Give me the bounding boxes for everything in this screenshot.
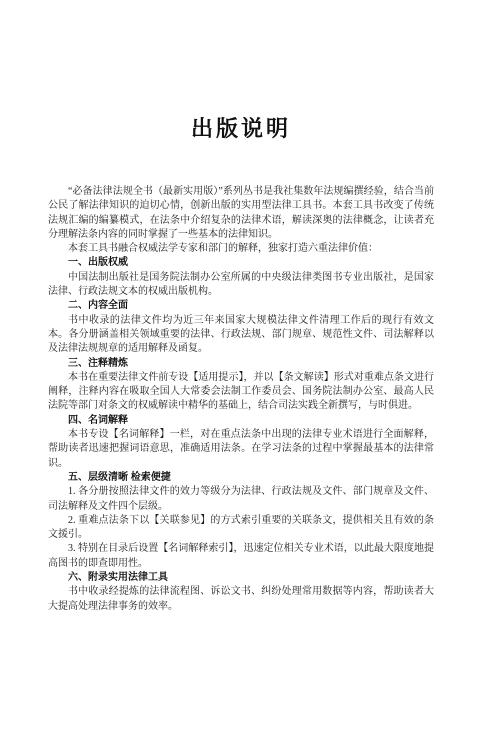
section-heading-5: 五、层级清晰 检索便捷 xyxy=(48,471,434,485)
paragraph-section-1: 中国法制出版社是国务院法制办公室所属的中央级法律类图书专业出版社，是国家法律、行… xyxy=(48,271,434,300)
paragraph-section-5-item-3: 3. 特别在目录后设置【名词解释索引】，迅速定位相关专业术语，以此最大限度地提高… xyxy=(48,542,434,571)
paragraph-section-4: 本书专设【名词解释】一栏，对在重点法条中出现的法律专业术语进行全面解释，帮助读者… xyxy=(48,428,434,471)
paragraph-intro: “必备法律法规全书（最新实用版）”系列丛书是我社集数年法规编撰经验，结合当前公民… xyxy=(48,185,434,242)
book-page: 出版说明 “必备法律法规全书（最新实用版）”系列丛书是我社集数年法规编撰经验，结… xyxy=(0,0,482,729)
paragraph-section-3: 本书在重要法律文件前专设【适用提示】，并以【条文解读】形式对重难点条文进行阐释，… xyxy=(48,371,434,414)
section-heading-2: 二、内容全面 xyxy=(48,299,434,313)
paragraph-six-values-lead: 本套工具书融合权威法学专家和部门的解释，独家打造六重法律价值： xyxy=(48,242,434,256)
paragraph-section-6: 书中收录经提炼的法律流程图、诉讼文书、纠纷处理常用数据等内容，帮助读者大大提高处… xyxy=(48,585,434,614)
section-heading-6: 六、附录实用法律工具 xyxy=(48,571,434,585)
paragraph-section-5-item-2: 2. 重难点法条下以【关联参见】的方式索引重要的关联条文，提供相关且有效的条文援… xyxy=(48,514,434,543)
paragraph-section-5-item-1: 1. 各分册按照法律文件的效力等级分为法律、行政法规及文件、部门规章及文件、司法… xyxy=(48,485,434,514)
section-heading-3: 三、注释精炼 xyxy=(48,357,434,371)
publication-note-content: “必备法律法规全书（最新实用版）”系列丛书是我社集数年法规编撰经验，结合当前公民… xyxy=(48,185,434,614)
page-title: 出版说明 xyxy=(0,0,482,143)
section-heading-1: 一、出版权威 xyxy=(48,256,434,270)
paragraph-section-2: 书中收录的法律文件均为近三年来国家大规模法律文件清理工作后的现行有效文本。各分册… xyxy=(48,314,434,357)
section-heading-4: 四、名词解释 xyxy=(48,414,434,428)
